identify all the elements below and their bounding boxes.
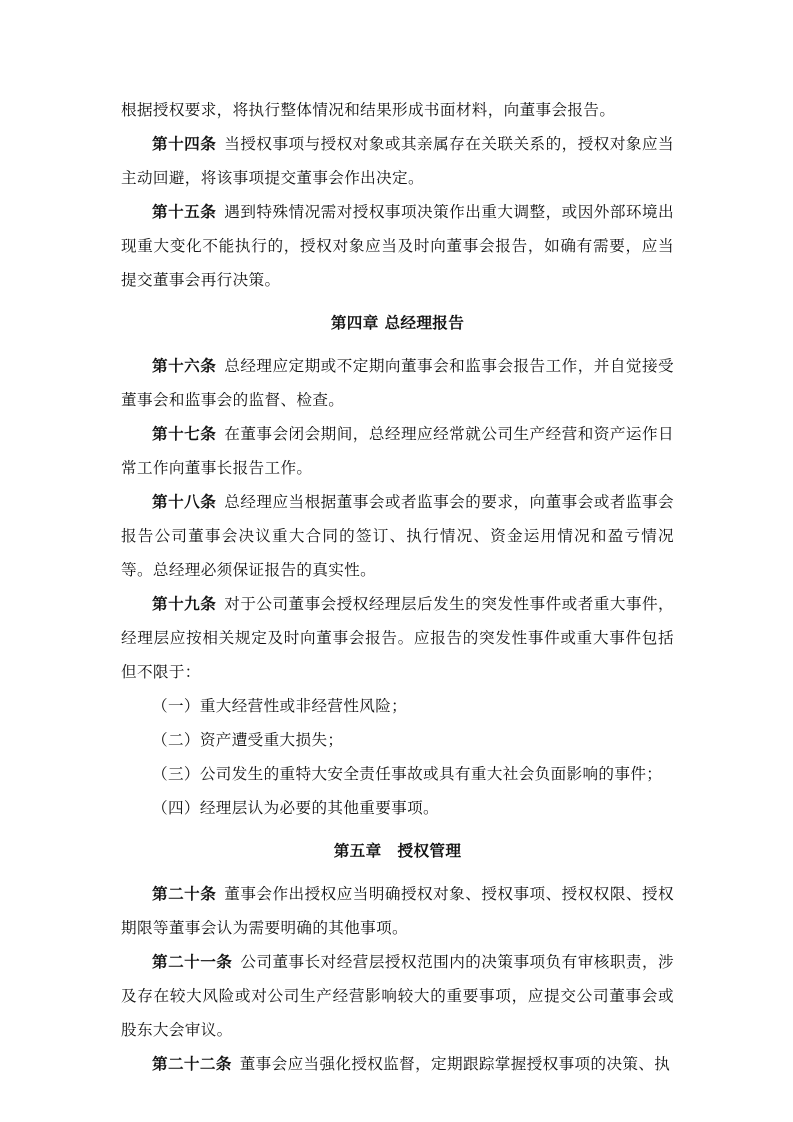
article-label: 第十八条 [152, 493, 216, 511]
article-label: 第十六条 [152, 357, 216, 375]
list-item: （三）公司发生的重特大安全责任事故或具有重大社会负面影响的事件； [121, 757, 674, 791]
chapter-heading-5: 第五章 授权管理 [121, 834, 674, 868]
article-text: 董事会应当强化授权监督，定期跟踪掌握授权事项的决策、执 [240, 1055, 670, 1073]
article-21: 第二十一条公司董事长对经营层授权范围内的决策事项负有审核职责，涉及存在较大风险或… [121, 945, 674, 1047]
article-label: 第十九条 [152, 595, 216, 613]
article-19: 第十九条对于公司董事会授权经理层后发生的突发性事件或者重大事件，经理层应按相关规… [121, 587, 674, 689]
article-label: 第二十条 [152, 885, 216, 903]
article-22: 第二十二条董事会应当强化授权监督，定期跟踪掌握授权事项的决策、执 [121, 1047, 674, 1081]
document-page: 根据授权要求，将执行整体情况和结果形成书面材料，向董事会报告。 第十四条当授权事… [121, 93, 674, 1081]
article-18: 第十八条总经理应当根据董事会或者监事会的要求，向董事会或者监事会报告公司董事会决… [121, 485, 674, 587]
article-label: 第二十一条 [152, 953, 232, 971]
paragraph-continuation: 根据授权要求，将执行整体情况和结果形成书面材料，向董事会报告。 [121, 93, 674, 127]
article-17: 第十七条在董事会闭会期间，总经理应经常就公司生产经营和资产运作日常工作向董事长报… [121, 417, 674, 485]
article-20: 第二十条董事会作出授权应当明确授权对象、授权事项、授权权限、授权期限等董事会认为… [121, 877, 674, 945]
chapter-heading-4: 第四章 总经理报告 [121, 306, 674, 340]
article-label: 第二十二条 [152, 1055, 232, 1073]
article-label: 第十七条 [152, 425, 216, 443]
list-item: （四）经理层认为必要的其他重要事项。 [121, 791, 674, 825]
article-15: 第十五条遇到特殊情况需对授权事项决策作出重大调整，或因外部环境出现重大变化不能执… [121, 195, 674, 297]
article-16: 第十六条总经理应定期或不定期向董事会和监事会报告工作，并自觉接受董事会和监事会的… [121, 349, 674, 417]
article-14: 第十四条当授权事项与授权对象或其亲属存在关联关系的，授权对象应当主动回避，将该事… [121, 127, 674, 195]
article-label: 第十五条 [152, 203, 216, 221]
list-item: （一）重大经营性或非经营性风险； [121, 689, 674, 723]
list-item: （二）资产遭受重大损失； [121, 723, 674, 757]
article-label: 第十四条 [152, 135, 216, 153]
